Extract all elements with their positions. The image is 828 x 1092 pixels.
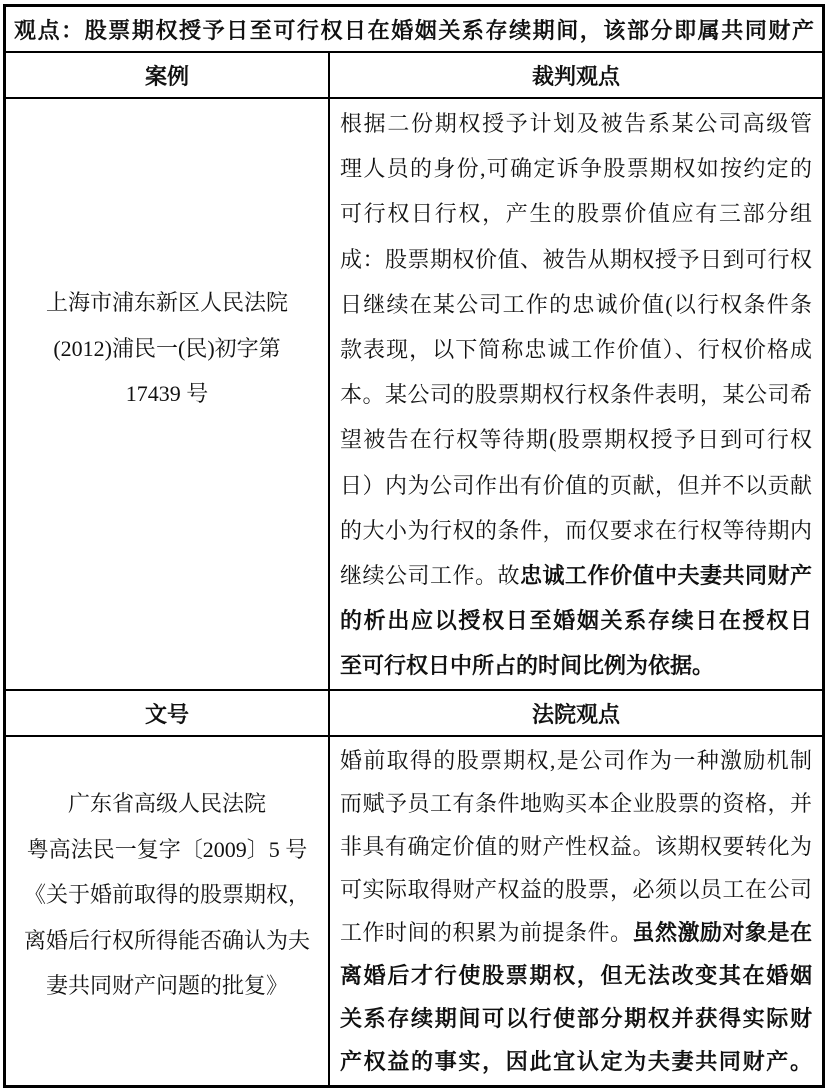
legal-opinion-table: 观点：股票期权授予日至可行权日在婚姻关系存续期间，该部分即属共同财产 案例 裁判… [3, 4, 825, 1088]
section-document-header-row: 文号 法院观点 [6, 691, 822, 737]
opinion-text-line: 可行权日行权，产生的股票价值应有三部分组 [340, 191, 812, 236]
opinion-text-line: 理人员的身份,可确定诉争股票期权如按约定的 [340, 146, 812, 191]
bold-emphasis-text: 离婚后才行使股票期权，但无法改变其在婚姻 [340, 963, 812, 988]
table-title: 观点：股票期权授予日至可行权日在婚姻关系存续期间，该部分即属共同财产 [14, 14, 814, 45]
opinion-text-line: 的析出应以授权日至婚姻关系存续日在授权日 [340, 598, 812, 643]
opinion-text-line: 成：股票期权价值、被告从期权授予日到可行权 [340, 237, 812, 282]
reference-text-line: (2012)浦民一(民)初字第 [6, 326, 328, 372]
opinion-text-line: 非具有确定价值的财产性权益。该期权要转化为 [340, 825, 812, 868]
opinion-text-line: 日）内为公司作出有价值的页献，但并不以贡献 [340, 463, 812, 508]
table-title-row: 观点：股票期权授予日至可行权日在婚姻关系存续期间，该部分即属共同财产 [6, 7, 822, 53]
regular-text: 日继续在某公司工作的忠诚价值(以行权条件条 [340, 292, 812, 317]
regular-text: 而赋予员工有条件地购买本企业股票的资格，并 [340, 791, 812, 816]
reference-text-line: 粤高法民一复字〔2009〕5 号 [6, 827, 328, 873]
judgment-opinion-column-header: 裁判观点 [330, 53, 822, 97]
bold-emphasis-text: 的析出应以授权日至婚姻关系存续日在授权日 [340, 608, 812, 633]
opinion-text-line: 根据二份期权授予计划及被告系某公司高级管 [340, 101, 812, 146]
bold-emphasis-text: 至可行权日中所占的时间比例为依据。 [340, 653, 714, 678]
court-opinion-column-header: 法院观点 [330, 691, 822, 735]
regular-text: 本。某公司的股票期权行权条件表明，某公司希 [340, 382, 812, 407]
regular-text: 款表现，以下简称忠诚工作价值）、行权价格成 [340, 337, 812, 362]
case-content-row: 上海市浦东新区人民法院(2012)浦民一(民)初字第17439 号 根据二份期权… [6, 99, 822, 691]
regular-text: 继续公司工作。故 [340, 563, 520, 588]
regular-text: 理人员的身份,可确定诉争股票期权如按约定的 [340, 156, 812, 181]
opinion-text-line: 望被告在行权等待期(股票期权授予日到可行权 [340, 417, 812, 462]
regular-text: 可实际取得财产权益的股票，必须以员工在公司 [340, 877, 812, 902]
opinion-text-line: 工作时间的积累为前提条件。虽然激励对象是在 [340, 911, 812, 954]
document-content-row: 广东省高级人民法院粤高法民一复字〔2009〕5 号《关于婚前取得的股票期权，离婚… [6, 737, 822, 1085]
judgment-opinion-cell: 根据二份期权授予计划及被告系某公司高级管理人员的身份,可确定诉争股票期权如按约定… [330, 99, 822, 689]
opinion-text-line: 可实际取得财产权益的股票，必须以员工在公司 [340, 868, 812, 911]
regular-text: 望被告在行权等待期(股票期权授予日到可行权 [340, 427, 812, 452]
bold-emphasis-text: 忠诚工作价值中夫妻共同财产 [520, 563, 812, 588]
opinion-text-line: 离婚后才行使股票期权，但无法改变其在婚姻 [340, 954, 812, 997]
case-reference-cell: 上海市浦东新区人民法院(2012)浦民一(民)初字第17439 号 [6, 99, 330, 689]
reference-text-line: 17439 号 [6, 371, 328, 417]
document-reference-cell: 广东省高级人民法院粤高法民一复字〔2009〕5 号《关于婚前取得的股票期权，离婚… [6, 737, 330, 1085]
reference-text-line: 离婚后行权所得能否确认为夫 [6, 918, 328, 964]
reference-text-line: 上海市浦东新区人民法院 [6, 280, 328, 326]
opinion-text-line: 而赋予员工有条件地购买本企业股票的资格，并 [340, 782, 812, 825]
reference-text-line: 广东省高级人民法院 [6, 781, 328, 827]
opinion-text-line: 婚前取得的股票期权,是公司作为一种激励机制 [340, 739, 812, 782]
section-document: 文号 法院观点 广东省高级人民法院粤高法民一复字〔2009〕5 号《关于婚前取得… [6, 691, 822, 1085]
court-opinion-cell: 婚前取得的股票期权,是公司作为一种激励机制而赋予员工有条件地购买本企业股票的资格… [330, 737, 822, 1085]
opinion-text-line: 本。某公司的股票期权行权条件表明，某公司希 [340, 372, 812, 417]
opinion-text-line: 的大小为行权的条件，而仅要求在行权等待期内 [340, 508, 812, 553]
bold-emphasis-text: 关系存续期间可以行使部分期权并获得实际财 [340, 1006, 812, 1031]
reference-text-line: 妻共同财产问题的批复》 [6, 963, 328, 1009]
document-number-column-header: 文号 [6, 691, 330, 735]
bold-emphasis-text: 虽然激励对象是在 [632, 920, 812, 945]
opinion-text-line: 继续公司工作。故忠诚工作价值中夫妻共同财产 [340, 553, 812, 598]
opinion-text-line: 产权益的事实，因此宜认定为夫妻共同财产。 [340, 1040, 812, 1083]
reference-text-line: 《关于婚前取得的股票期权， [6, 872, 328, 918]
regular-text: 成：股票期权价值、被告从期权授予日到可行权 [340, 247, 812, 272]
opinion-text-line: 至可行权日中所占的时间比例为依据。 [340, 643, 812, 688]
regular-text: 可行权日行权，产生的股票价值应有三部分组 [340, 201, 812, 226]
regular-text: 的大小为行权的条件，而仅要求在行权等待期内 [340, 518, 812, 543]
regular-text: 非具有确定价值的财产性权益。该期权要转化为 [340, 834, 812, 859]
regular-text: 婚前取得的股票期权,是公司作为一种激励机制 [340, 748, 812, 773]
regular-text: 日）内为公司作出有价值的页献，但并不以贡献 [340, 473, 812, 498]
case-column-header: 案例 [6, 53, 330, 97]
section-case: 案例 裁判观点 上海市浦东新区人民法院(2012)浦民一(民)初字第17439 … [6, 53, 822, 691]
regular-text: 工作时间的积累为前提条件。 [340, 920, 632, 945]
section-case-header-row: 案例 裁判观点 [6, 53, 822, 99]
regular-text: 根据二份期权授予计划及被告系某公司高级管 [340, 111, 812, 136]
opinion-text-line: 日继续在某公司工作的忠诚价值(以行权条件条 [340, 282, 812, 327]
opinion-text-line: 款表现，以下简称忠诚工作价值）、行权价格成 [340, 327, 812, 372]
opinion-text-line: 关系存续期间可以行使部分期权并获得实际财 [340, 997, 812, 1040]
bold-emphasis-text: 产权益的事实，因此宜认定为夫妻共同财产。 [340, 1049, 812, 1074]
